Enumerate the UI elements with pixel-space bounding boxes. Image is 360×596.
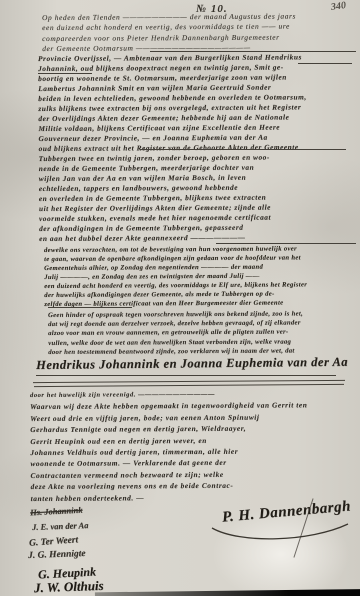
filler-line-gemeente — [150, 51, 356, 52]
manuscript-line: tanten hebben onderteekend. — — [31, 491, 308, 504]
double-rule-top — [33, 380, 345, 383]
names-underline — [36, 375, 336, 376]
register-page: № 10. 340 Op heden den Tienden —————————… — [0, 0, 360, 596]
paragraph-banns: dewelke ons verzochten, om tot de bevest… — [44, 244, 307, 309]
signature-witness-2: J. G. Hennigte — [28, 549, 86, 561]
underline-mark-hendrikus — [298, 63, 352, 64]
signature-groom: Hs. Johannink — [30, 505, 83, 518]
underline-mark-johannink — [38, 73, 92, 74]
page-edge-shadow — [95, 589, 360, 596]
signature-flourish — [210, 520, 355, 544]
paragraph-closing: door het huwelijk zijn vereenigd. ——————… — [30, 388, 308, 504]
spouses-names-line: Hendrikus Johannink en Joanna Euphemia v… — [36, 355, 348, 373]
signature-witness-1: G. Ter Weert — [29, 535, 79, 548]
double-rule-bottom — [34, 384, 344, 387]
page-number-mark: 340 — [330, 0, 346, 13]
paragraph-declaration: Geen hinder of opspraak tegen voorschrev… — [48, 309, 303, 357]
signature-witness-4: J. W. Olthuis — [34, 578, 104, 596]
underline-mark-joanna — [140, 149, 346, 150]
filler-line-dagen — [48, 307, 132, 308]
manuscript-line: Waarvan wij deze Akte hebben opgemaakt i… — [30, 400, 307, 413]
signature-bride: J. E. van der Aa — [32, 520, 89, 532]
filler-line-annex — [216, 243, 356, 244]
paragraph-opening: Op heden den Tienden ————————— der maand… — [42, 11, 296, 54]
manuscript-line: compareerden voor ons Pieter Hendrik Dan… — [42, 32, 296, 44]
